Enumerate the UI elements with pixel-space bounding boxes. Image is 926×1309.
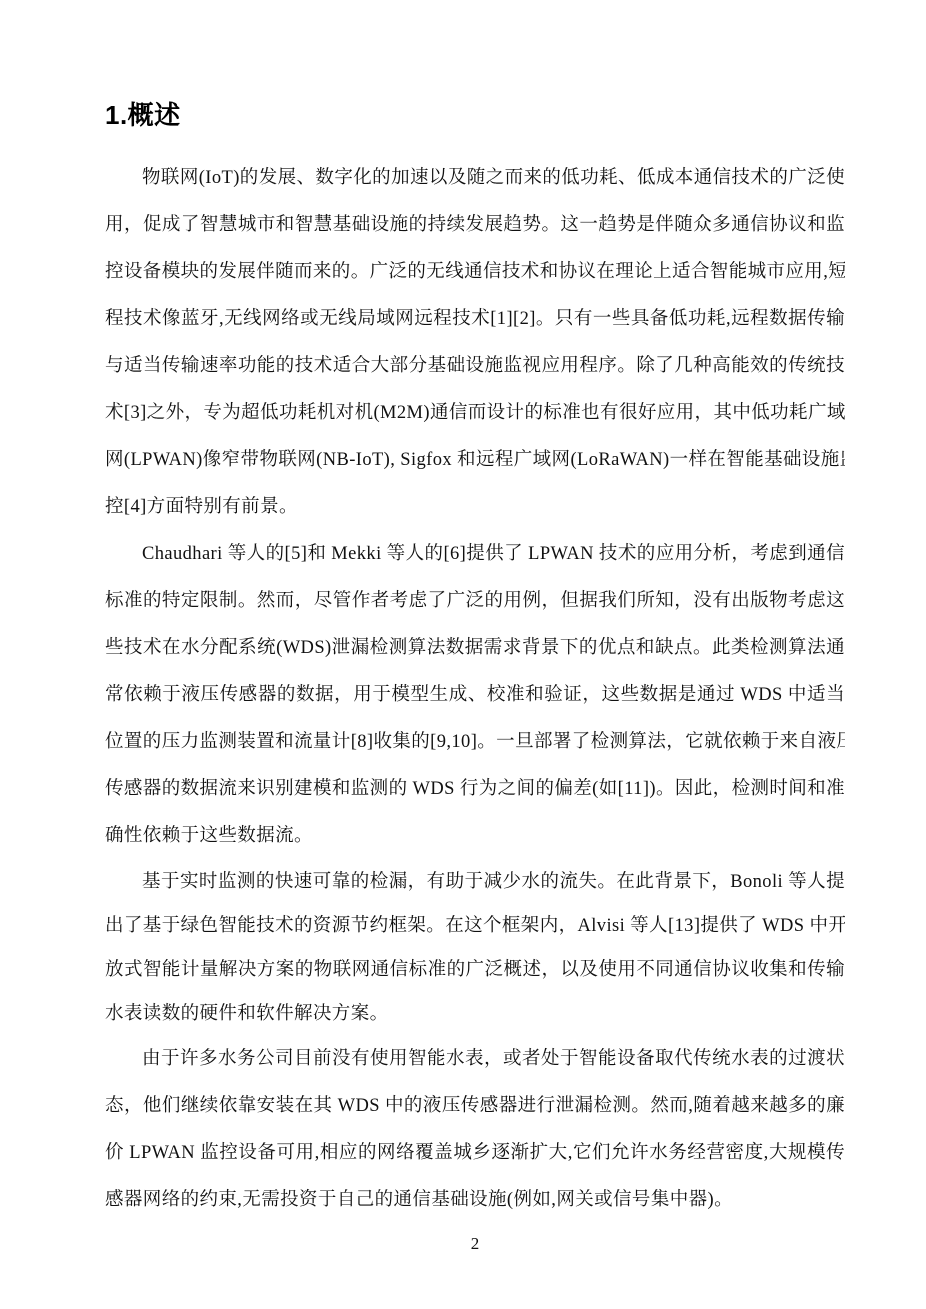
page-number: 2: [105, 1230, 845, 1258]
paragraph: 基于实时监测的快速可靠的检漏，有助于减少水的流失。在此背景下，Bonoli 等人…: [105, 860, 845, 1036]
paragraph-line: 网(LPWAN)像窄带物联网(NB-IoT), Sigfox 和远程广域网(Lo…: [105, 437, 845, 484]
paragraph-line: 些技术在水分配系统(WDS)泄漏检测算法数据需求背景下的优点和缺点。此类检测算法…: [105, 625, 845, 672]
document-body: 物联网(IoT)的发展、数字化的加速以及随之而来的低功耗、低成本通信技术的广泛使…: [105, 155, 845, 1224]
paragraph-line: 控设备模块的发展伴随而来的。广泛的无线通信技术和协议在理论上适合智能城市应用,短: [105, 249, 845, 296]
paragraph-line: 位置的压力监测装置和流量计[8]收集的[9,10]。一旦部署了检测算法，它就依赖…: [105, 719, 845, 766]
paragraph-line: 传感器的数据流来识别建模和监测的 WDS 行为之间的偏差(如[11])。因此，检…: [105, 766, 845, 813]
paragraph-line: 价 LPWAN 监控设备可用,相应的网络覆盖城乡逐渐扩大,它们允许水务经营密度,…: [105, 1130, 845, 1177]
paragraph-line: 基于实时监测的快速可靠的检漏，有助于减少水的流失。在此背景下，Bonoli 等人…: [105, 860, 845, 904]
paragraph-line: 控[4]方面特别有前景。: [105, 484, 845, 531]
paragraph-line: 物联网(IoT)的发展、数字化的加速以及随之而来的低功耗、低成本通信技术的广泛使: [105, 155, 845, 202]
paragraph-line: 由于许多水务公司目前没有使用智能水表，或者处于智能设备取代传统水表的过渡状: [105, 1036, 845, 1083]
paragraph: Chaudhari 等人的[5]和 Mekki 等人的[6]提供了 LPWAN …: [105, 531, 845, 860]
paragraph: 由于许多水务公司目前没有使用智能水表，或者处于智能设备取代传统水表的过渡状态，他…: [105, 1036, 845, 1224]
paragraph-line: 用，促成了智慧城市和智慧基础设施的持续发展趋势。这一趋势是伴随众多通信协议和监: [105, 202, 845, 249]
document-page: 1.概述 物联网(IoT)的发展、数字化的加速以及随之而来的低功耗、低成本通信技…: [0, 0, 926, 1309]
paragraph-line: 与适当传输速率功能的技术适合大部分基础设施监视应用程序。除了几种高能效的传统技: [105, 343, 845, 390]
paragraph-line: 程技术像蓝牙,无线网络或无线局域网远程技术[1][2]。只有一些具备低功耗,远程…: [105, 296, 845, 343]
paragraph-line: 确性依赖于这些数据流。: [105, 813, 845, 860]
paragraph-line: 术[3]之外，专为超低功耗机对机(M2M)通信而设计的标准也有很好应用，其中低功…: [105, 390, 845, 437]
paragraph-line: 放式智能计量解决方案的物联网通信标准的广泛概述，以及使用不同通信协议收集和传输: [105, 948, 845, 992]
paragraph-line: 常依赖于液压传感器的数据，用于模型生成、校准和验证，这些数据是通过 WDS 中适…: [105, 672, 845, 719]
paragraph-line: 水表读数的硬件和软件解决方案。: [105, 992, 845, 1036]
paragraph-line: 出了基于绿色智能技术的资源节约框架。在这个框架内，Alvisi 等人[13]提供…: [105, 904, 845, 948]
paragraph-line: 态，他们继续依靠安装在其 WDS 中的液压传感器进行泄漏检测。然而,随着越来越多…: [105, 1083, 845, 1130]
paragraph-line: 感器网络的约束,无需投资于自己的通信基础设施(例如,网关或信号集中器)。: [105, 1177, 845, 1224]
paragraph: 物联网(IoT)的发展、数字化的加速以及随之而来的低功耗、低成本通信技术的广泛使…: [105, 155, 845, 531]
paragraph-line: Chaudhari 等人的[5]和 Mekki 等人的[6]提供了 LPWAN …: [105, 531, 845, 578]
section-heading: 1.概述: [105, 97, 845, 133]
paragraph-line: 标准的特定限制。然而，尽管作者考虑了广泛的用例，但据我们所知，没有出版物考虑这: [105, 578, 845, 625]
